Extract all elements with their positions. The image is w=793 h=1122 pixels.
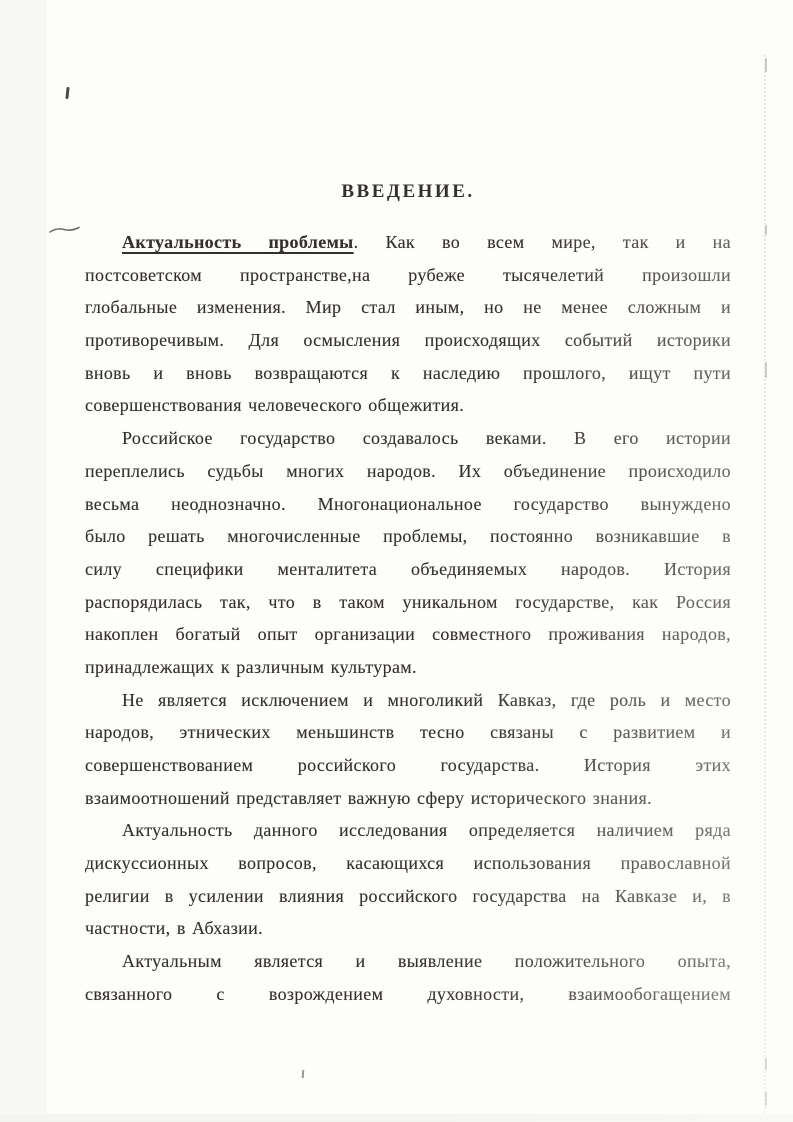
scanned-document-page: ВВЕДЕНИЕ. Актуальность проблемы. Как во … (0, 0, 793, 1122)
paragraph-lead-underlined: Актуальность проблемы (122, 232, 354, 252)
scan-edge-mark (765, 225, 767, 235)
paragraph-actualnost: Актуальность проблемы. Как во всем мире,… (85, 226, 731, 422)
text-line: дискуссионных вопросов, касающихся испол… (85, 847, 731, 880)
paragraph-rossiyskoe-gosudarstvo: Российское государство создавалось векам… (85, 422, 731, 684)
text-line: противоречивым. Для осмысления происходя… (85, 324, 731, 357)
scan-edge-mark (765, 1058, 767, 1070)
text-line: силу специфики менталитета объединяемых … (85, 553, 731, 586)
text-line: весьма неоднозначно. Многонациональное г… (85, 488, 731, 521)
text-line: совершенствования человеческого общежити… (85, 389, 731, 422)
text-line: взаимоотношений представляет важную сфер… (85, 782, 731, 815)
text-line: религии в усилении влияния российского г… (85, 880, 731, 913)
text-line: переплелись судьбы многих народов. Их об… (85, 455, 731, 488)
text-line: частности, в Абхазии. (85, 912, 731, 945)
pen-dash-mark (49, 225, 81, 235)
scan-edge-mark (765, 1092, 767, 1106)
text-line: постсоветском пространстве,на рубеже тыс… (85, 259, 731, 292)
scan-left-edge-shade (0, 0, 47, 1122)
paragraph-aktualnost-issledovaniya: Актуальность данного исследования опреде… (85, 814, 731, 945)
pen-tick-mark (65, 87, 69, 99)
text-line: Не является исключением и многоликий Кав… (85, 684, 731, 717)
text-line: Российское государство создавалось векам… (85, 422, 731, 455)
scan-edge-mark (765, 58, 767, 72)
text-line: Актуальность проблемы. Как во всем мире,… (85, 226, 731, 259)
text-line: было решать многочисленные проблемы, пос… (85, 520, 731, 553)
text-run: . Как во всем мире, так и на (354, 232, 731, 252)
scan-edge-mark (765, 362, 767, 378)
paragraph-aktualnym-yavlyaetsya: Актуальным является и выявление положите… (85, 945, 731, 1010)
scan-bottom-edge-shade (0, 1114, 793, 1122)
text-line: совершенствованием российского государст… (85, 749, 731, 782)
text-line: распорядилась так, что в таком уникально… (85, 586, 731, 619)
text-line: вновь и вновь возвращаются к наследию пр… (85, 357, 731, 390)
text-line: Актуальность данного исследования опреде… (85, 814, 731, 847)
paragraph-kavkaz: Не является исключением и многоликий Кав… (85, 684, 731, 815)
text-line: связанного с возрождением духовности, вз… (85, 978, 731, 1011)
scan-speck (302, 1070, 305, 1078)
scan-binding-dotted-line (764, 55, 766, 1113)
document-body: Актуальность проблемы. Как во всем мире,… (85, 226, 731, 1011)
text-line: глобальные изменения. Мир стал иным, но … (85, 291, 731, 324)
page-title: ВВЕДЕНИЕ. (85, 181, 731, 203)
text-line: народов, этнических меньшинств тесно свя… (85, 716, 731, 749)
text-line: принадлежащих к различным культурам. (85, 651, 731, 684)
text-line: накоплен богатый опыт организации совмес… (85, 618, 731, 651)
text-line: Актуальным является и выявление положите… (85, 945, 731, 978)
